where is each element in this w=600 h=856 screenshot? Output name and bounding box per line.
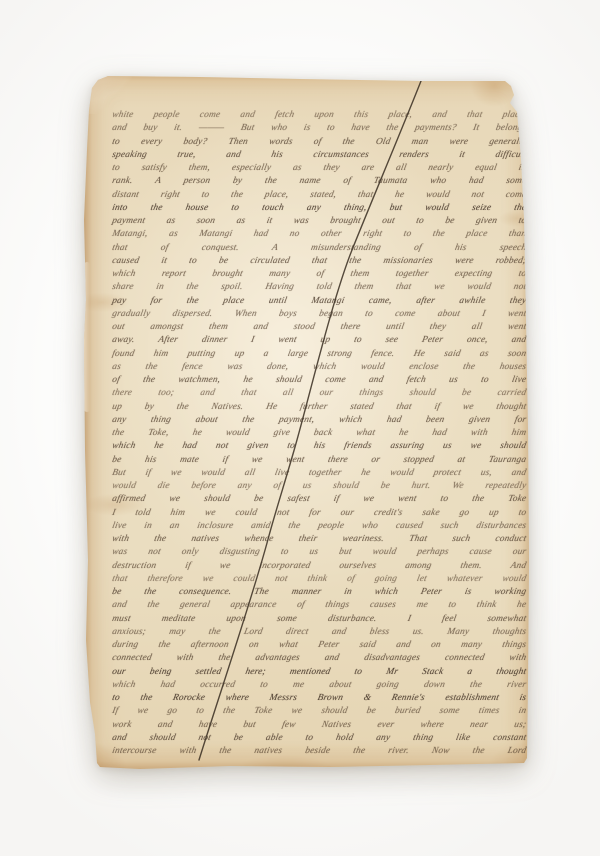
manuscript-line: speaking true, and his circumstances ren… <box>111 149 528 162</box>
manuscript-line: anxious; may the Lord direct and bless u… <box>111 626 528 639</box>
manuscript-line: I told him we could not for our credit's… <box>111 507 528 520</box>
manuscript-line: with the natives whence their weariness.… <box>111 533 528 546</box>
manuscript-line: which report brought many of them togeth… <box>111 268 528 281</box>
manuscript-line: work and have but few Natives ever where… <box>111 719 528 732</box>
manuscript-line: which had occurred to me about going dow… <box>111 679 528 692</box>
manuscript-line: Matangi, as Matangi had no other right t… <box>111 228 528 241</box>
left-edge-chip-highlight <box>84 262 90 412</box>
manuscript-line: If we go to the Toke we should be buried… <box>111 705 528 718</box>
manuscript-line: would die before any of us should be hur… <box>111 480 528 493</box>
manuscript-line: which he had not given to his friends as… <box>111 440 528 453</box>
manuscript-line: payment as soon as it was brought out to… <box>111 215 528 228</box>
manuscript-page: white people come and fetch upon this pl… <box>84 72 530 770</box>
ink-smudge-mark <box>519 139 528 143</box>
manuscript-line: distant right to the place, stated, that… <box>111 189 528 202</box>
manuscript-line: connected with the advantages and disadv… <box>111 652 528 665</box>
photo-backdrop: white people come and fetch upon this pl… <box>0 0 600 856</box>
manuscript-line: to every body? Then words of the Old man… <box>111 136 528 149</box>
manuscript-line: intercourse with the natives beside the … <box>111 745 528 758</box>
manuscript-line: rank. A person by the name of Taumata wh… <box>111 175 528 188</box>
manuscript-line: as the fence was done, which would enclo… <box>111 361 528 374</box>
manuscript-line: found him putting up a large strong fenc… <box>111 348 528 361</box>
manuscript-line: that of conquest. A misunderstanding of … <box>111 242 528 255</box>
manuscript-line: must meditate upon some disturbance. I f… <box>111 613 528 626</box>
manuscript-line: share in the spoil. Having told them tha… <box>111 281 528 294</box>
manuscript-line: gradually dispersed. When boys began to … <box>111 308 528 321</box>
manuscript-line: during the afternoon on what Peter said … <box>111 639 528 652</box>
manuscript-line: and should not be able to hold any thing… <box>111 732 528 745</box>
manuscript-line: live in an inclosure amid the people who… <box>111 520 528 533</box>
corner-fold-highlight <box>84 72 132 114</box>
manuscript-line: destruction if we incorporated ourselves… <box>111 560 528 573</box>
manuscript-line: any thing about the payment, which had b… <box>111 414 528 427</box>
manuscript-line: out amongst them and stood there until t… <box>111 321 528 334</box>
manuscript-line: caused it to be circulated that the miss… <box>111 255 528 268</box>
manuscript-line: pay for the place until Matangi came, af… <box>111 295 528 308</box>
manuscript-line: our being settled here; mentioned to Mr … <box>111 666 528 679</box>
manuscript-line: But if we would all live together he wou… <box>111 467 528 480</box>
manuscript-line: that therefore we could not think of goi… <box>111 573 528 586</box>
manuscript-line: away. After dinner I went up to see Pete… <box>111 334 528 347</box>
manuscript-line: affirmed we should be safest if we went … <box>111 493 528 506</box>
manuscript-line: to satisfy them, especially as they are … <box>111 162 528 175</box>
manuscript-line: of the watchmen, he should come and fetc… <box>111 374 528 387</box>
manuscript-line: and the general appearance of things cau… <box>111 599 528 612</box>
paper-sheet: white people come and fetch upon this pl… <box>84 72 530 770</box>
manuscript-line: to the Rorocke where Messrs Brown & Renn… <box>111 692 528 705</box>
manuscript-line: was not only disgusting to us but would … <box>111 546 528 559</box>
manuscript-line: be his mate if we went there or stopped … <box>111 454 528 467</box>
manuscript-line: up by the Natives. He further stated tha… <box>111 401 528 414</box>
manuscript-line: be the consequence. The manner in which … <box>111 586 528 599</box>
manuscript-line: into the house to touch any thing, but w… <box>111 202 528 215</box>
manuscript-line: and buy it. ——— But who is to have the p… <box>111 122 528 135</box>
manuscript-text: white people come and fetch upon this pl… <box>112 109 526 758</box>
manuscript-line: there too; and that all our things shoul… <box>111 387 528 400</box>
manuscript-line: white people come and fetch upon this pl… <box>111 109 528 122</box>
manuscript-line: the Toke, he would give back what he had… <box>111 427 528 440</box>
